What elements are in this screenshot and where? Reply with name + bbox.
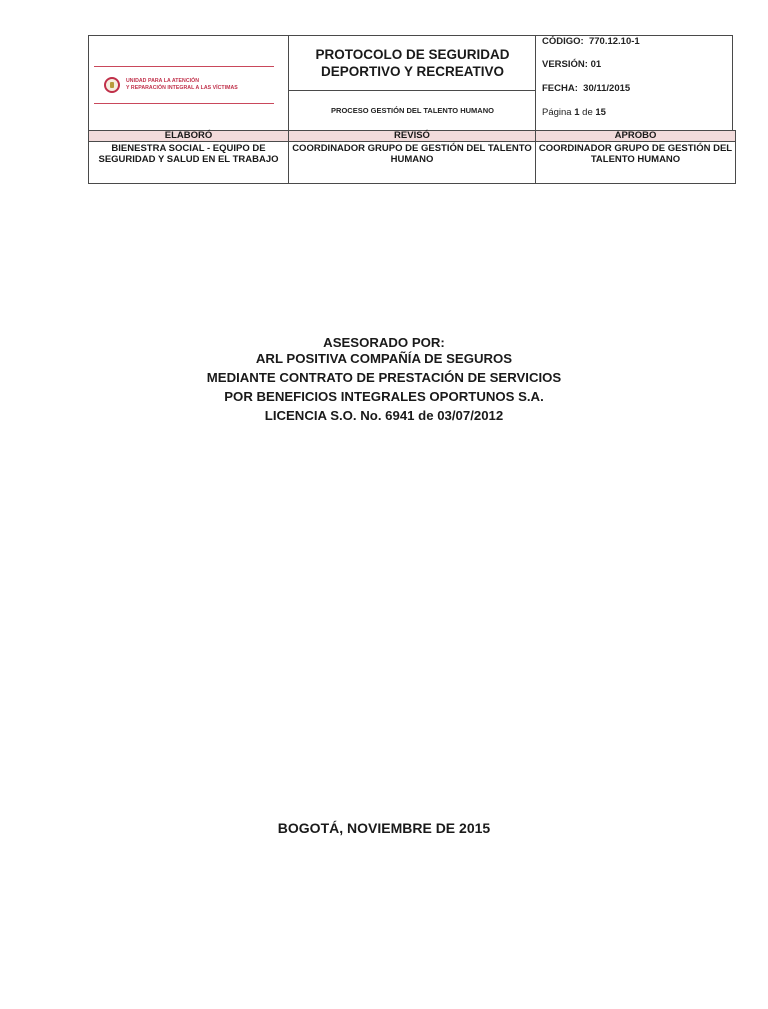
version-value: 01: [591, 59, 602, 70]
approval-value-reviewed: COORDINADOR GRUPO DE GESTIÓN DEL TALENTO…: [289, 142, 536, 184]
logo-text-line-2: Y REPARACIÓN INTEGRAL A LAS VÍCTIMAS: [126, 85, 238, 92]
city-and-date: BOGOTÁ, NOVIEMBRE DE 2015: [0, 820, 768, 836]
approval-value-approved: COORDINADOR GRUPO DE GESTIÓN DEL TALENTO…: [536, 142, 736, 184]
page-of: de: [582, 107, 593, 118]
title-divider: [289, 90, 535, 91]
page-number: Página 1 de 15: [542, 107, 606, 118]
version-label: VERSIÓN:: [542, 59, 588, 70]
approval-heading-prepared: ELABORÓ: [89, 131, 289, 142]
document-version: VERSIÓN: 01: [542, 59, 601, 70]
code-value: 770.12.10-1: [589, 36, 640, 47]
document-title: PROTOCOLO DE SEGURIDAD DEPORTIVO Y RECRE…: [289, 46, 536, 80]
advisory-line: ASESORADO POR:: [0, 334, 768, 350]
approval-heading-reviewed: REVISÓ: [289, 131, 536, 142]
approval-header-row: ELABORÓ REVISÓ APROBO: [89, 131, 736, 142]
page-total: 15: [595, 107, 606, 118]
document-code: CÓDIGO: 770.12.10-1: [542, 36, 640, 47]
document-title-line-1: PROTOCOLO DE SEGURIDAD: [289, 46, 536, 63]
page-current: 1: [574, 107, 579, 118]
document-date: FECHA: 30/11/2015: [542, 83, 630, 94]
organization-logo-text: UNIDAD PARA LA ATENCIÓN Y REPARACIÓN INT…: [126, 78, 238, 91]
process-name: PROCESO GESTIÓN DEL TALENTO HUMANO: [289, 106, 536, 115]
title-cell: PROTOCOLO DE SEGURIDAD DEPORTIVO Y RECRE…: [289, 36, 536, 131]
logo-top-rule: [94, 66, 274, 67]
advisory-line: LICENCIA S.O. No. 6941 de 03/07/2012: [0, 407, 768, 426]
date-label: FECHA:: [542, 83, 578, 94]
date-value: 30/11/2015: [583, 83, 630, 94]
approval-heading-approved: APROBO: [536, 131, 736, 142]
page-prefix: Página: [542, 107, 572, 118]
metadata-cell: CÓDIGO: 770.12.10-1 VERSIÓN: 01 FECHA: 3…: [536, 36, 732, 131]
approval-value-row: BIENESTRA SOCIAL - EQUIPO DE SEGURIDAD Y…: [89, 142, 736, 184]
document-header: UNIDAD PARA LA ATENCIÓN Y REPARACIÓN INT…: [88, 35, 733, 130]
advisory-line: MEDIANTE CONTRATO DE PRESTACIÓN DE SERVI…: [0, 369, 768, 388]
approval-table: ELABORÓ REVISÓ APROBO BIENESTRA SOCIAL -…: [88, 130, 736, 184]
document-title-line-2: DEPORTIVO Y RECREATIVO: [289, 63, 536, 80]
approval-value-prepared: BIENESTRA SOCIAL - EQUIPO DE SEGURIDAD Y…: [89, 142, 289, 184]
advisory-line: POR BENEFICIOS INTEGRALES OPORTUNOS S.A.: [0, 388, 768, 407]
code-label: CÓDIGO:: [542, 36, 584, 47]
logo-bottom-rule: [94, 103, 274, 104]
advisory-block: ASESORADO POR: ARL POSITIVA COMPAÑÍA DE …: [0, 334, 768, 426]
advisory-line: ARL POSITIVA COMPAÑÍA DE SEGUROS: [0, 350, 768, 369]
coat-of-arms-icon: [104, 77, 120, 93]
logo-cell: UNIDAD PARA LA ATENCIÓN Y REPARACIÓN INT…: [89, 36, 289, 131]
